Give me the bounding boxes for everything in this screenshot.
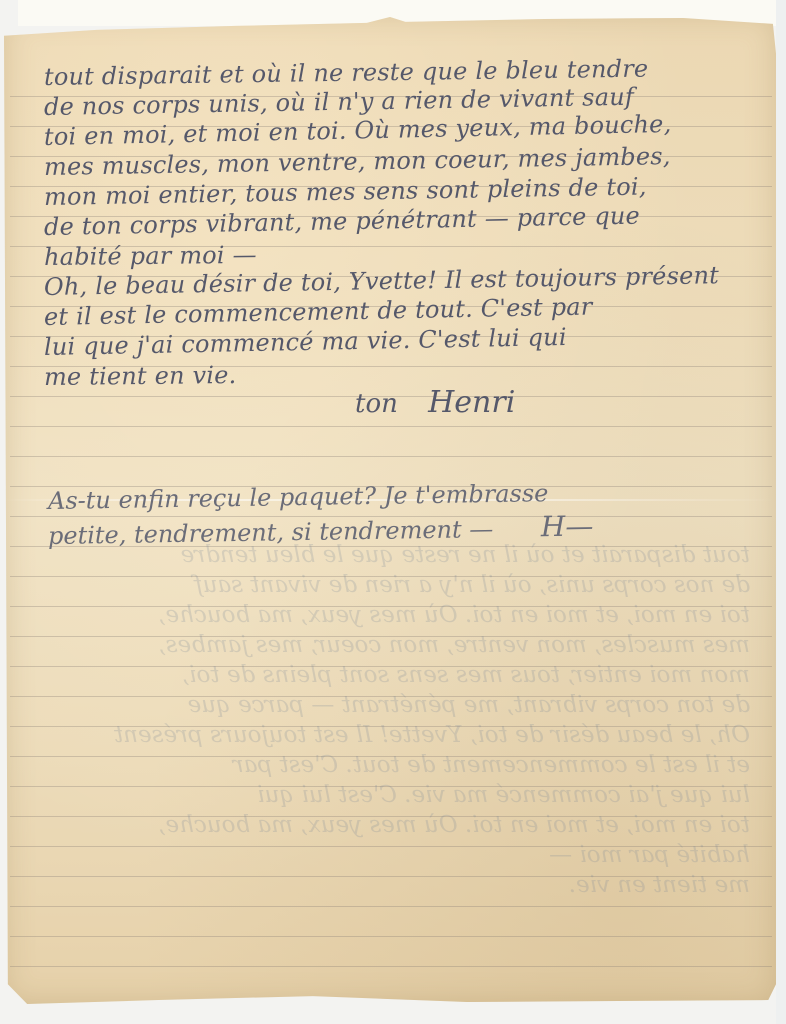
scanner-background-right <box>776 0 786 1024</box>
bleed-line: de nos corps unis, où il n'y a rien de v… <box>60 570 750 600</box>
signature-name: Henri <box>428 385 515 420</box>
bleed-line: et il est le commencement de tout. C'est… <box>60 750 750 780</box>
bleed-through-text: tout disparait et où il ne reste que le … <box>60 540 750 900</box>
bleed-line: mon moi entier, tous mes sens sont plein… <box>60 660 750 690</box>
bleed-line: habité par moi — <box>60 840 750 870</box>
ruled-line <box>10 906 772 907</box>
closing-word: ton <box>355 389 398 419</box>
postscript-initial: H— <box>541 509 594 543</box>
postscript: As-tu enfin reçu le paquet? Je t'embrass… <box>48 484 748 552</box>
bleed-line: lui que j'ai commencé ma vie. C'est lui … <box>60 780 750 810</box>
bleed-line: Oh, le beau désir de toi, Yvette! Il est… <box>60 720 750 750</box>
postscript-text: petite, tendrement, si tendrement — <box>48 515 494 550</box>
signature-block: ton Henri <box>355 385 515 420</box>
bleed-line: de ton corps vibrant, me pénétrant — par… <box>60 690 750 720</box>
ruled-line <box>10 456 772 457</box>
bleed-line: me tient en vie. <box>60 870 750 900</box>
ruled-line <box>10 966 772 967</box>
bleed-line: toi en moi, et moi en toi. Où mes yeux, … <box>60 810 750 840</box>
bleed-line: mes muscles, mon ventre, mon coeur, mes … <box>60 630 750 660</box>
ruled-line <box>10 936 772 937</box>
letter-body: tout disparait et où il ne reste que le … <box>44 62 764 392</box>
bleed-line: toi en moi, et moi en toi. Où mes yeux, … <box>60 600 750 630</box>
ruled-line <box>10 426 772 427</box>
